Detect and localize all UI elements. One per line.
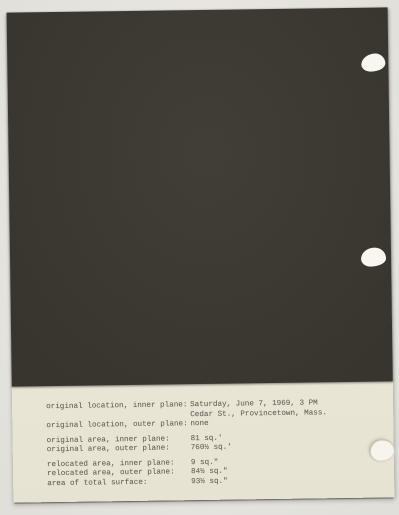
original-area-group: original area, inner plane: 81 sq.' orig…	[47, 432, 383, 456]
row-value: Cedar St., Provincetown, Mass.	[190, 409, 327, 420]
row-value: 760½ sq.'	[191, 444, 232, 454]
punch-hole-top	[361, 53, 385, 71]
black-paper-panel	[7, 7, 393, 386]
row-value: none	[190, 420, 208, 430]
location-group: original location, inner plane: Saturday…	[46, 398, 382, 431]
row-value: 81 sq.'	[191, 434, 223, 444]
document-page: original location, inner plane: Saturday…	[7, 7, 395, 502]
row-value: 84½ sq."	[191, 468, 228, 478]
typewritten-text-block: original location, inner plane: Saturday…	[46, 398, 383, 489]
relocated-area-group: relocated area, inner plane: 9 sq." relo…	[47, 456, 383, 489]
row-label: original location, outer plane:	[46, 420, 190, 432]
row-value: 9 sq."	[191, 458, 218, 468]
row-label: area of total surface:	[47, 478, 191, 490]
row-value: 93½ sq."	[191, 477, 228, 487]
punch-hole-middle	[361, 247, 386, 266]
row-label: original area, outer plane:	[47, 444, 191, 456]
scan-background: original location, inner plane: Saturday…	[0, 0, 399, 515]
